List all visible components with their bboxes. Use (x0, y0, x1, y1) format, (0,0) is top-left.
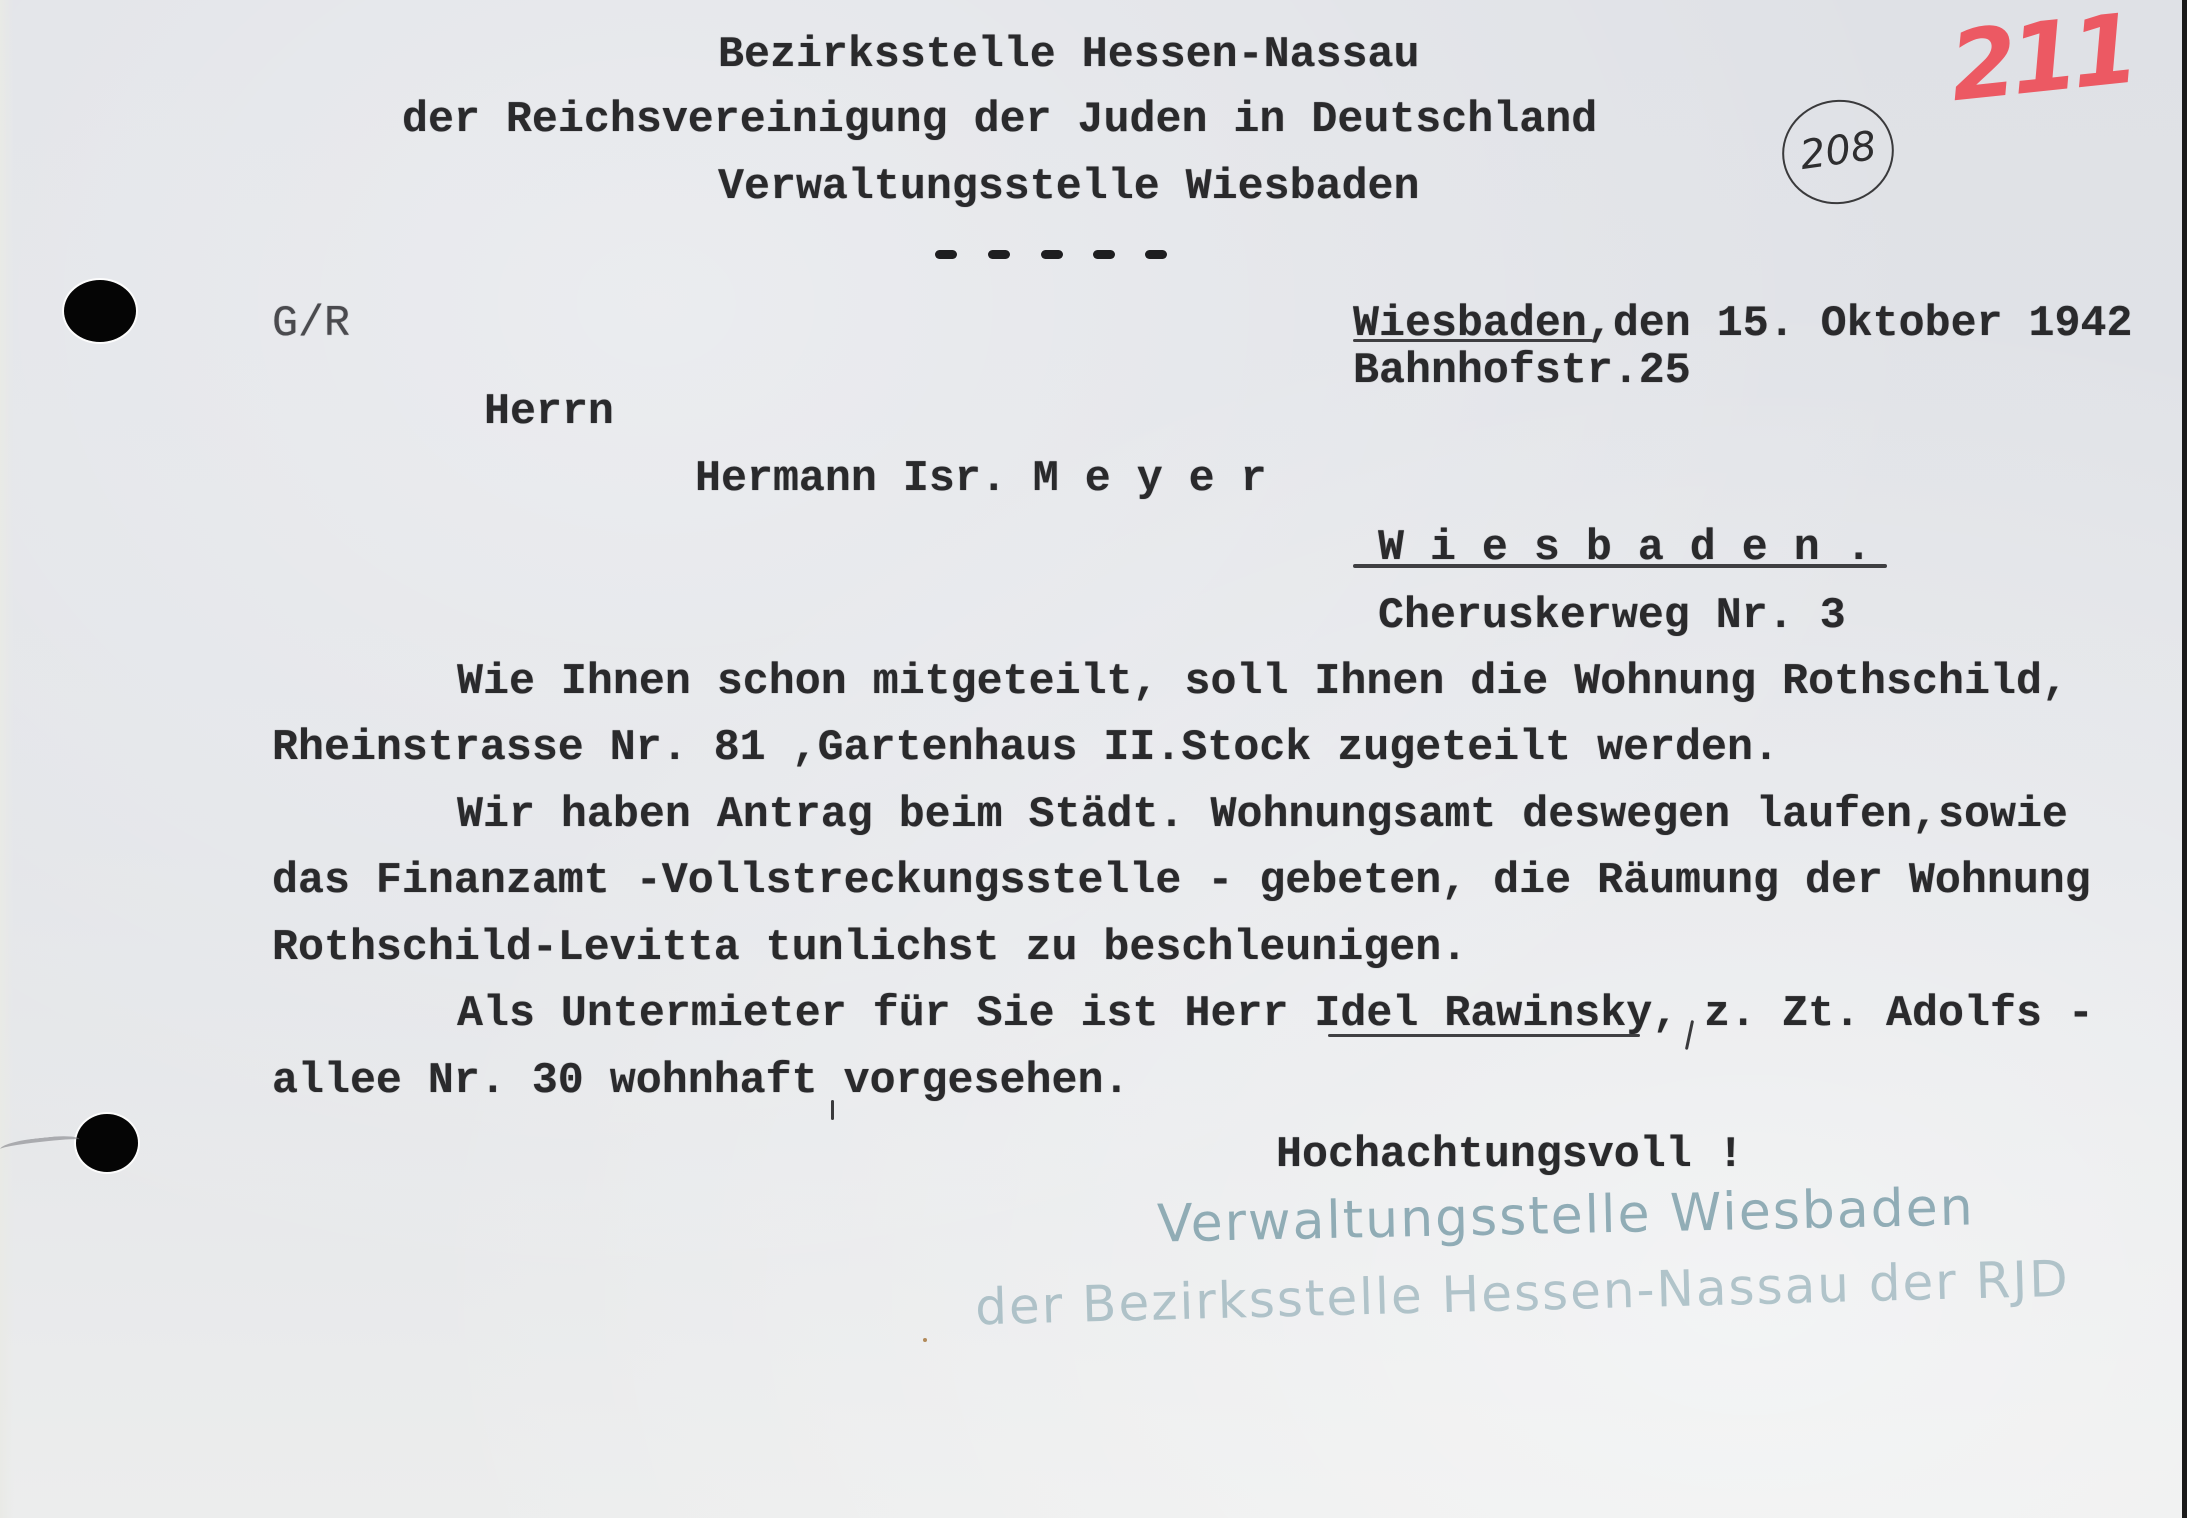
letterhead-line-2: der Reichsvereinigung der Juden in Deuts… (402, 99, 1597, 142)
handwritten-comma-mark-2 (831, 1100, 834, 1120)
body-line-6-start: Als Untermieter für Sie ist Herr (457, 990, 1288, 1039)
body-line-5: Rothschild-Levitta tunlichst zu beschleu… (272, 927, 1467, 970)
recipient-city-underline (1353, 564, 1887, 568)
stamp-line-1: Verwaltungsstelle Wiesbaden (1157, 1181, 1976, 1250)
recipient-street: Cheruskerweg Nr. 3 (1378, 595, 1846, 638)
red-page-number: 211 (1945, 0, 2138, 123)
body-line-2: Rheinstrasse Nr. 81 ,Gartenhaus II.Stock… (272, 727, 1779, 770)
paper-left-edge (0, 0, 14, 1518)
recipient-name: Hermann Isr. M e y e r (695, 458, 1267, 501)
punch-hole-top (64, 280, 136, 342)
letterhead-line-3: Verwaltungsstelle Wiesbaden (718, 166, 1420, 209)
closing: Hochachtungsvoll ! (1276, 1134, 1744, 1177)
body-line-3: Wir haben Antrag beim Städt. Wohnungsamt… (457, 794, 2068, 837)
subtenant-name-underline (1328, 1034, 1640, 1037)
scanned-letter-page: 211 208 Bezirksstelle Hessen-Nassau der … (0, 0, 2187, 1518)
recipient-salutation: Herrn (484, 391, 614, 434)
paper-speck (923, 1338, 927, 1342)
body-line-6: Als Untermieter für Sie ist Herr Idel Ra… (457, 993, 2094, 1036)
scan-border-right (2182, 0, 2187, 1518)
body-line-4: das Finanzamt -Vollstreckungsstelle - ge… (272, 860, 2091, 903)
stamp-line-2: der Bezirksstelle Hessen-Nassau der RJD (975, 1254, 2071, 1333)
body-line-7: allee Nr. 30 wohnhaft vorgesehen. (272, 1060, 1129, 1103)
letterhead-line-1: Bezirksstelle Hessen-Nassau (718, 34, 1420, 77)
subtenant-name: Idel Rawinsky (1314, 990, 1652, 1039)
date-text: ,den 15. Oktober 1942 (1587, 300, 2133, 349)
body-line-1: Wie Ihnen schon mitgeteilt, soll Ihnen d… (457, 661, 2068, 704)
body-line-6-end: , z. Zt. Adolfs - (1652, 990, 2094, 1039)
punch-hole-bottom (76, 1114, 138, 1172)
sender-address: Bahnhofstr.25 (1353, 350, 1691, 393)
reference-code: G/R (272, 303, 350, 346)
date-place-underline (1353, 339, 1593, 342)
